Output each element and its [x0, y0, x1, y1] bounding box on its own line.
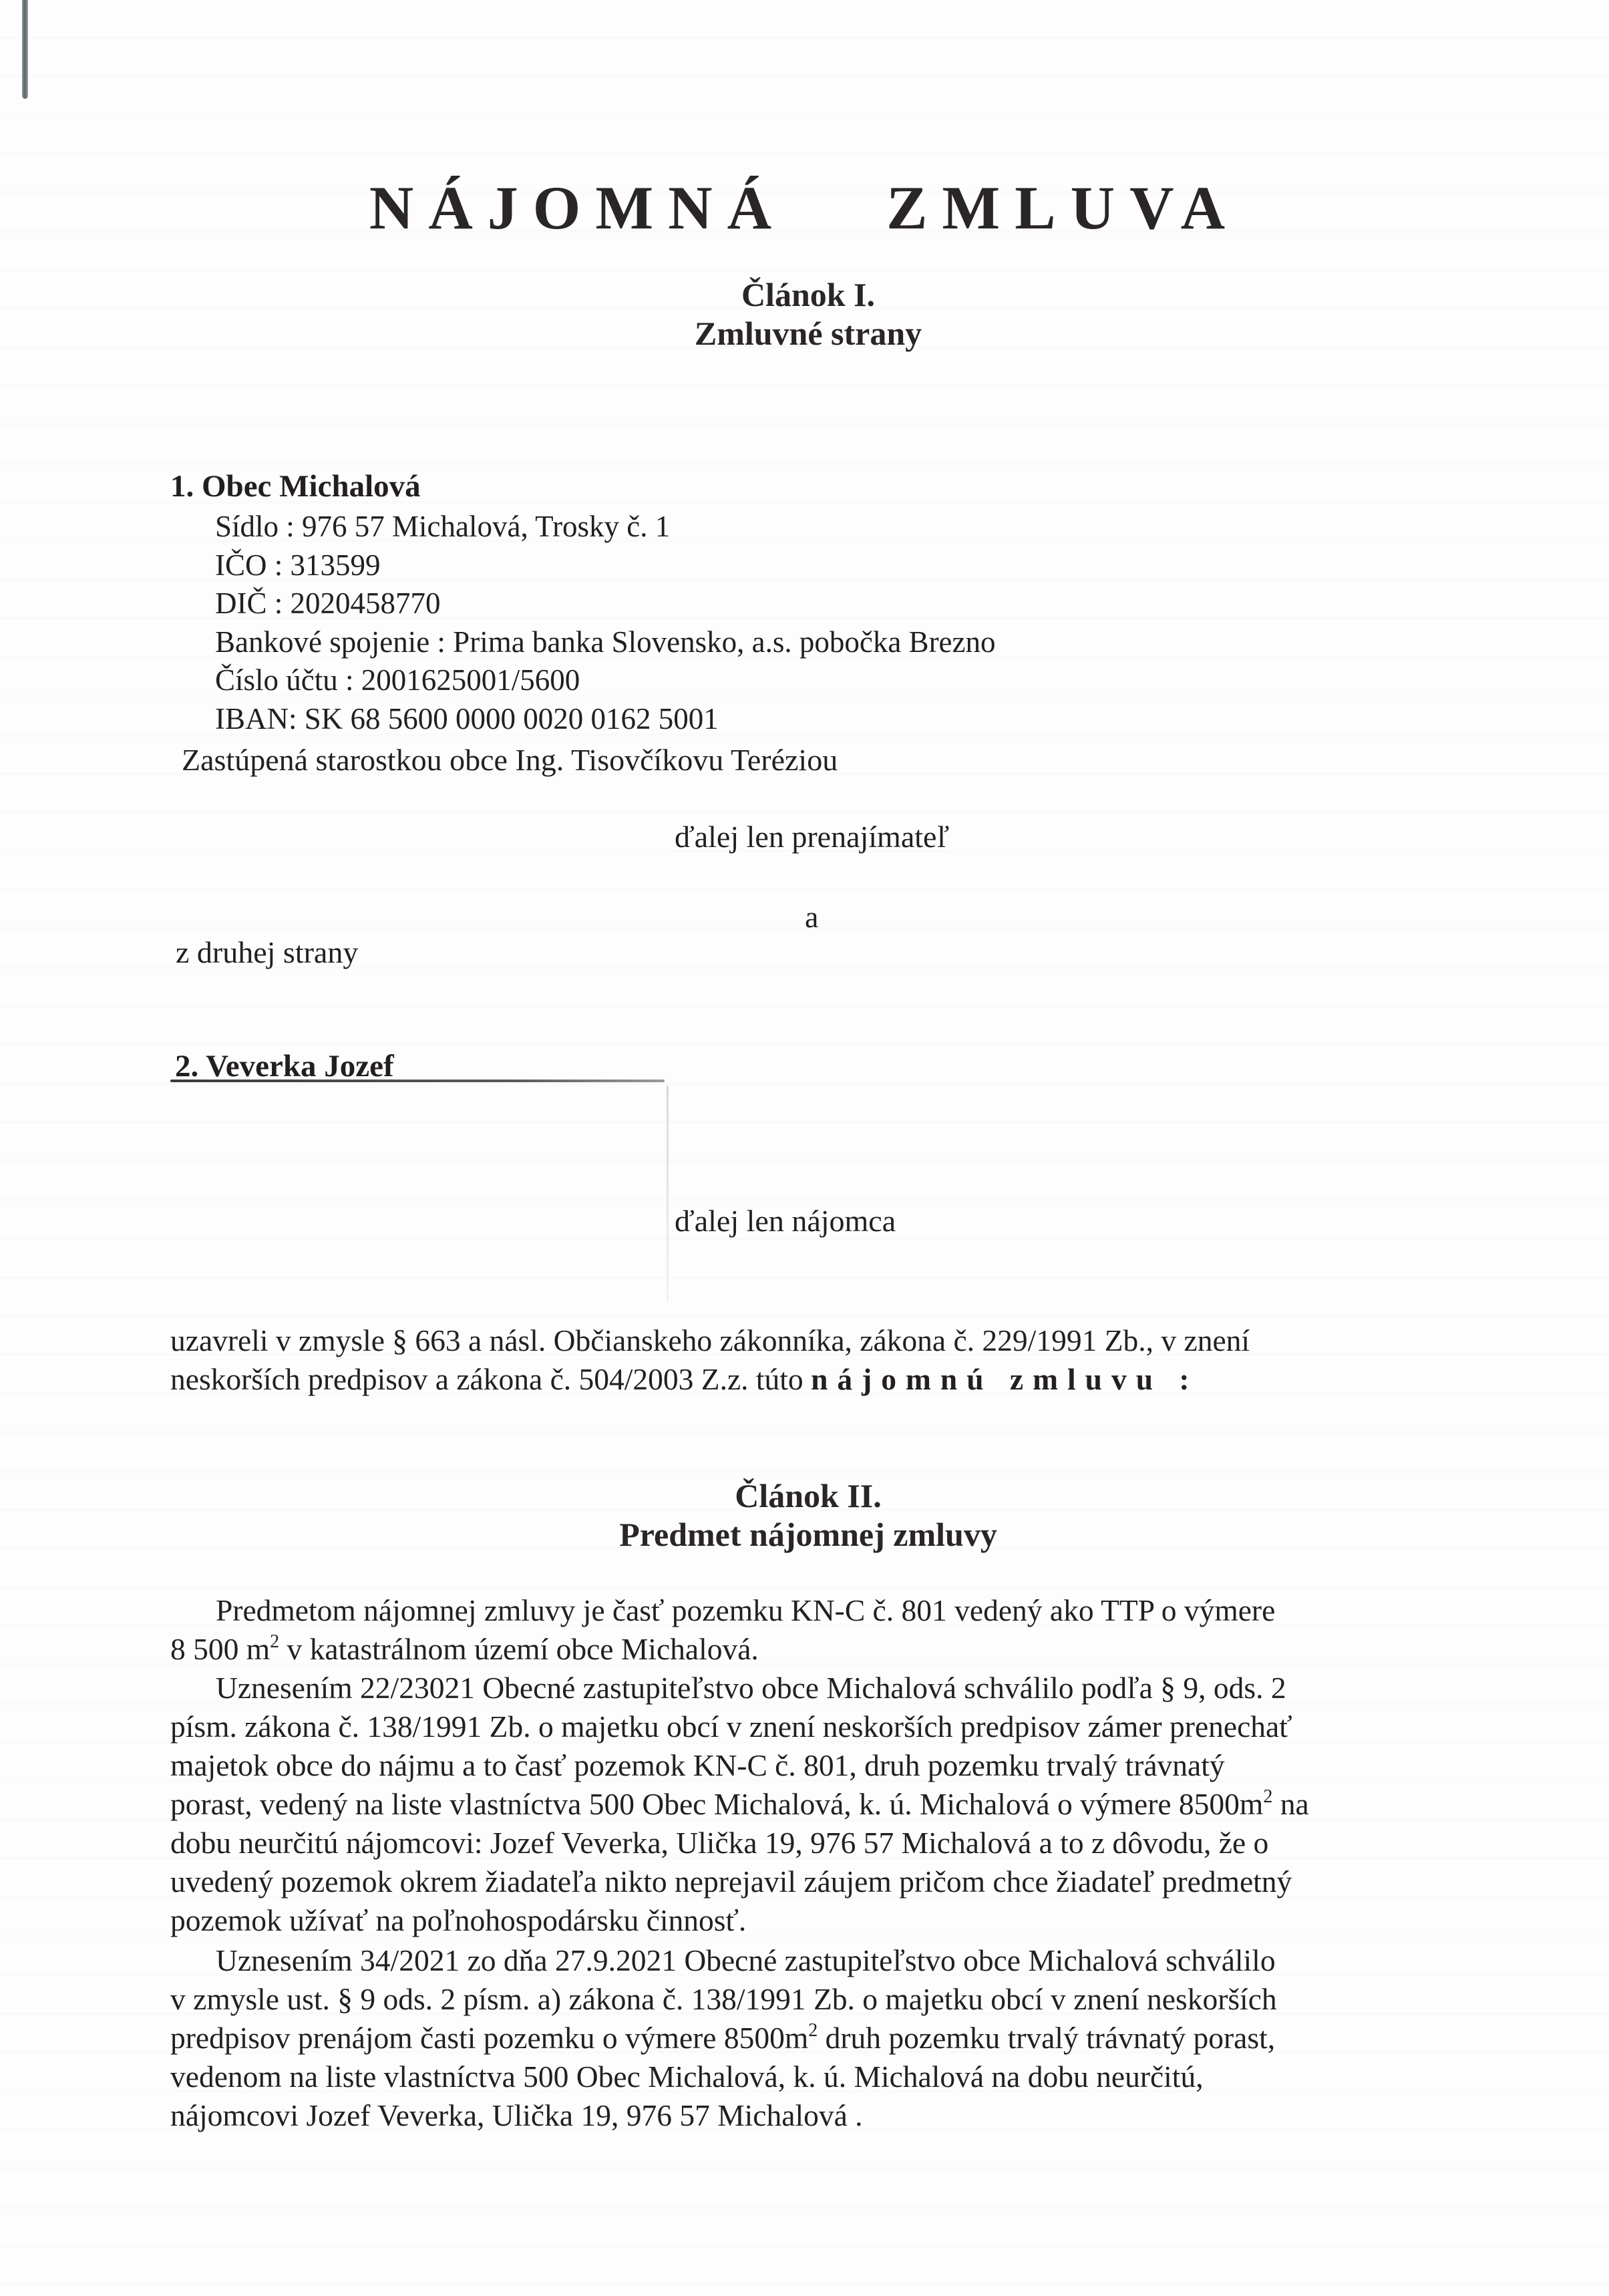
party-2-role: ďalej len nájomca	[675, 1202, 896, 1240]
a2p3-line-3-end: druh pozemku trvalý trávnatý porast,	[818, 2021, 1275, 2055]
scan-fold-line	[667, 1086, 669, 1303]
a2p3-sup: 2	[808, 2020, 818, 2041]
party-1-representation: Zastúpená starostkou obce Ing. Tisovčíko…	[182, 742, 838, 779]
preamble: uzavreli v zmysle § 663 a násl. Občiansk…	[170, 1321, 1446, 1399]
party-1-details: Sídlo : 976 57 Michalová, Trosky č. 1 IČ…	[215, 508, 996, 738]
conjunction: a	[805, 898, 818, 936]
a2p2-line-4-end: na	[1272, 1787, 1308, 1821]
a2p2-line-1: Uznesením 22/23021 Obecné zastupiteľstvo…	[170, 1669, 1446, 1707]
a2p2-line-2: písm. zákona č. 138/1991 Zb. o majetku o…	[170, 1707, 1446, 1746]
staple-mark	[22, 0, 28, 99]
other-side-label: z druhej strany	[176, 934, 358, 971]
party-1-role: ďalej len prenajímateľ	[675, 818, 949, 856]
article-2-number: Článok II.	[0, 1476, 1609, 1515]
a2p3-line-3-text: predpisov prenájom časti pozemku o výmer…	[170, 2021, 808, 2055]
a2p1-location: v katastrálnom území obce Michalová.	[279, 1632, 759, 1666]
a2p3-line-1: Uznesením 34/2021 zo dňa 27.9.2021 Obecn…	[170, 1941, 1446, 1980]
article-2-heading: Predmet nájomnej zmluvy	[0, 1515, 1609, 1554]
title-word-2: ZMLUVA	[886, 174, 1240, 242]
preamble-emphasis: nájomnú zmluvu :	[811, 1362, 1198, 1396]
article-2-paragraph-2: Uznesením 22/23021 Obecné zastupiteľstvo…	[170, 1669, 1446, 1940]
party-1-seat: Sídlo : 976 57 Michalová, Trosky č. 1	[215, 508, 996, 546]
article-1-number: Článok I.	[0, 275, 1609, 314]
a2p3-line-4: vedenom na liste vlastníctva 500 Obec Mi…	[170, 2058, 1446, 2096]
preamble-line-2: neskorších predpisov a zákona č. 504/200…	[170, 1360, 1446, 1399]
a2p3-line-5: nájomcovi Jozef Veverka, Ulička 19, 976 …	[170, 2096, 1446, 2135]
a2p1-line-1: Predmetom nájomnej zmluvy je časť pozemk…	[170, 1591, 1446, 1630]
article-1-heading: Zmluvné strany	[0, 314, 1609, 353]
a2p2-line-4-text: porast, vedený na liste vlastníctva 500 …	[170, 1787, 1263, 1821]
preamble-line-2-text: neskorších predpisov a zákona č. 504/200…	[170, 1362, 803, 1396]
a2p2-line-5: dobu neurčitú nájomcovi: Jozef Veverka, …	[170, 1824, 1446, 1862]
party-1-dic: DIČ : 2020458770	[215, 585, 996, 623]
document-title: NÁJOMNÁZMLUVA	[0, 172, 1609, 243]
a2p1-line-2: 8 500 m2 v katastrálnom území obce Micha…	[170, 1630, 1446, 1669]
a2p2-line-4: porast, vedený na liste vlastníctva 500 …	[170, 1785, 1446, 1824]
article-2-paragraph-1: Predmetom nájomnej zmluvy je časť pozemk…	[170, 1591, 1446, 1669]
a2p1-area: 8 500 m	[170, 1632, 270, 1666]
party-1-account: Číslo účtu : 2001625001/5600	[215, 661, 996, 700]
a2p3-line-3: predpisov prenájom časti pozemku o výmer…	[170, 2019, 1446, 2058]
a2p2-line-6: uvedený pozemok okrem žiadateľa nikto ne…	[170, 1862, 1446, 1901]
a2p2-sup: 2	[1263, 1786, 1272, 1807]
party-1-ico: IČO : 313599	[215, 546, 996, 585]
preamble-line-1: uzavreli v zmysle § 663 a násl. Občiansk…	[170, 1321, 1446, 1360]
party-1-bank: Bankové spojenie : Prima banka Slovensko…	[215, 623, 996, 662]
party-1-name: 1. Obec Michalová	[170, 468, 421, 505]
article-2-paragraph-3: Uznesením 34/2021 zo dňa 27.9.2021 Obecn…	[170, 1941, 1446, 2135]
party-1-iban: IBAN: SK 68 5600 0000 0020 0162 5001	[215, 700, 996, 739]
a2p3-line-2: v zmysle ust. § 9 ods. 2 písm. a) zákona…	[170, 1980, 1446, 2019]
title-word-1: NÁJOMNÁ	[369, 174, 786, 242]
a2p1-sup: 2	[270, 1631, 279, 1652]
a2p2-line-3: majetok obce do nájmu a to časť pozemok …	[170, 1746, 1446, 1785]
party-2-underline	[170, 1080, 665, 1082]
a2p2-line-7: pozemok užívať na poľnohospodársku činno…	[170, 1901, 1446, 1940]
